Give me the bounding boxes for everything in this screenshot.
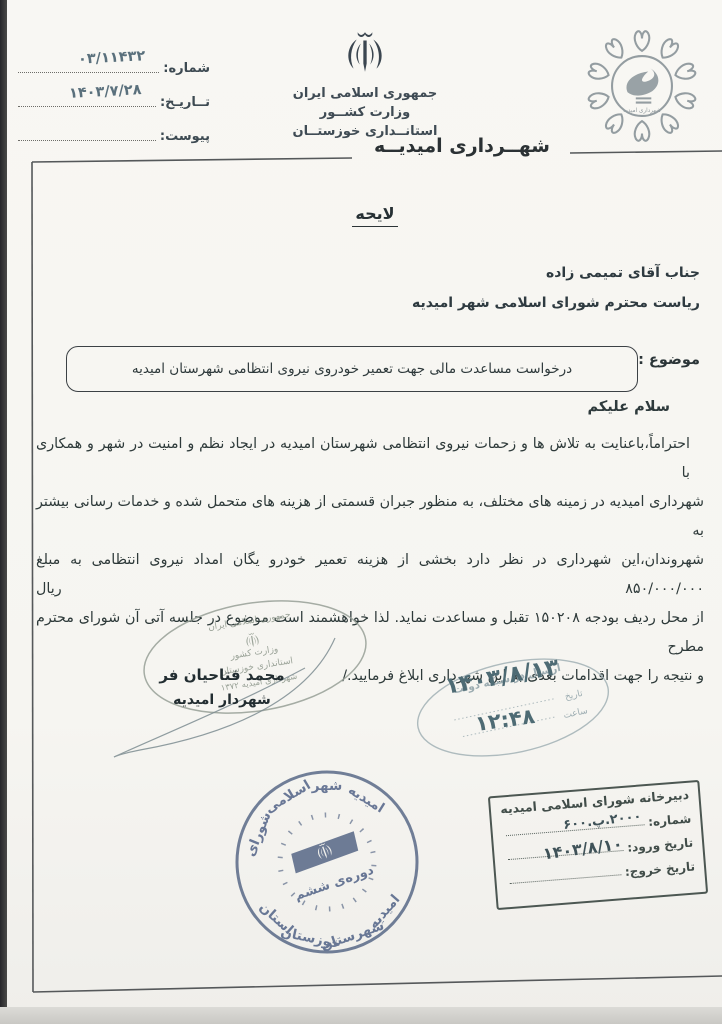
signature-block: محمد فتاحیان فر شهردار امیدیه bbox=[138, 666, 306, 708]
subject-label: موضوع : bbox=[638, 352, 700, 368]
subject-text: درخواست مساعدت مالی جهت تعمیر خودروی نیر… bbox=[132, 361, 572, 377]
secretariat-stamp: دبیرخانه شورای اسلامی امیدیه شماره: تاری… bbox=[488, 780, 708, 910]
document-type: لایحه bbox=[330, 204, 420, 223]
organization-title: شهــرداری امیدیــه bbox=[352, 135, 572, 157]
attachment-field: پيوست: bbox=[14, 112, 210, 146]
recipient-title: ریاست محترم شورای اسلامی شهر امیدیه bbox=[340, 288, 700, 318]
attachment-dotted-line bbox=[18, 122, 156, 141]
body-line: شهرداری امیدیه در زمینه های مختلف، به من… bbox=[36, 488, 704, 546]
date-dotted-line: ۱۴۰۳/۷/۲۸ bbox=[18, 88, 156, 107]
attachment-label: پيوست: bbox=[160, 129, 210, 146]
subject-box: درخواست مساعدت مالی جهت تعمیر خودروی نیر… bbox=[66, 346, 638, 392]
scanned-letter-page: شماره: ۰۳/۱۱۴۳۲ تــاريـخ: ۱۴۰۳/۷/۲۸ پيوس… bbox=[0, 0, 722, 1024]
seal-top-word: امیدیه bbox=[345, 782, 387, 817]
number-field: شماره: ۰۳/۱۱۴۳۲ bbox=[14, 44, 210, 78]
council-round-seal: شورای اسلامی شهر امیدیه استان خوزستان شه… bbox=[230, 765, 424, 959]
reference-fields: شماره: ۰۳/۱۱۴۳۲ تــاريـخ: ۱۴۰۳/۷/۲۸ پيوس… bbox=[14, 44, 210, 146]
seal-top-word: شهر bbox=[311, 778, 343, 794]
number-label: شماره: bbox=[163, 61, 210, 78]
recipient-name: جناب آقای تمیمی زاده bbox=[340, 258, 700, 288]
recipient-block: جناب آقای تمیمی زاده ریاست محترم شورای ا… bbox=[340, 258, 700, 318]
date-label: تــاريـخ: bbox=[160, 95, 210, 112]
salutation: سلام علیکم bbox=[588, 399, 671, 415]
number-dotted-line: ۰۳/۱۱۴۳۲ bbox=[18, 54, 159, 73]
number-handwritten-value: ۰۳/۱۱۴۳۲ bbox=[78, 48, 146, 67]
body-line: احتراماً،باعنایت به تلاش ها و زحمات نیرو… bbox=[36, 430, 704, 488]
logo-caption: شهرداری امیدیه bbox=[623, 108, 661, 114]
letterhead-center: جمهوری اسلامی ایران وزارت کشــور استانــ… bbox=[270, 24, 460, 141]
document-type-label: لایحه bbox=[352, 204, 397, 227]
iran-emblem-icon bbox=[339, 24, 391, 80]
gov-line-1: جمهوری اسلامی ایران bbox=[270, 84, 460, 103]
mayor-title: شهردار امیدیه bbox=[138, 692, 306, 708]
seal-top-word: اسلامی bbox=[262, 777, 313, 817]
date-field: تــاريـخ: ۱۴۰۳/۷/۲۸ bbox=[14, 78, 210, 112]
mayor-name: محمد فتاحیان فر bbox=[138, 666, 306, 684]
gov-line-2: وزارت کشــور bbox=[270, 103, 460, 122]
logo-bars bbox=[636, 98, 652, 102]
date-handwritten-value: ۱۴۰۳/۷/۲۸ bbox=[69, 82, 142, 102]
logo-flame-icon bbox=[626, 68, 658, 95]
municipality-logo: شهرداری امیدیه bbox=[580, 24, 704, 148]
secretariat-exit-label: تاریخ خروج: bbox=[624, 859, 695, 878]
seal-bottom-word: امیدیه bbox=[365, 892, 403, 932]
